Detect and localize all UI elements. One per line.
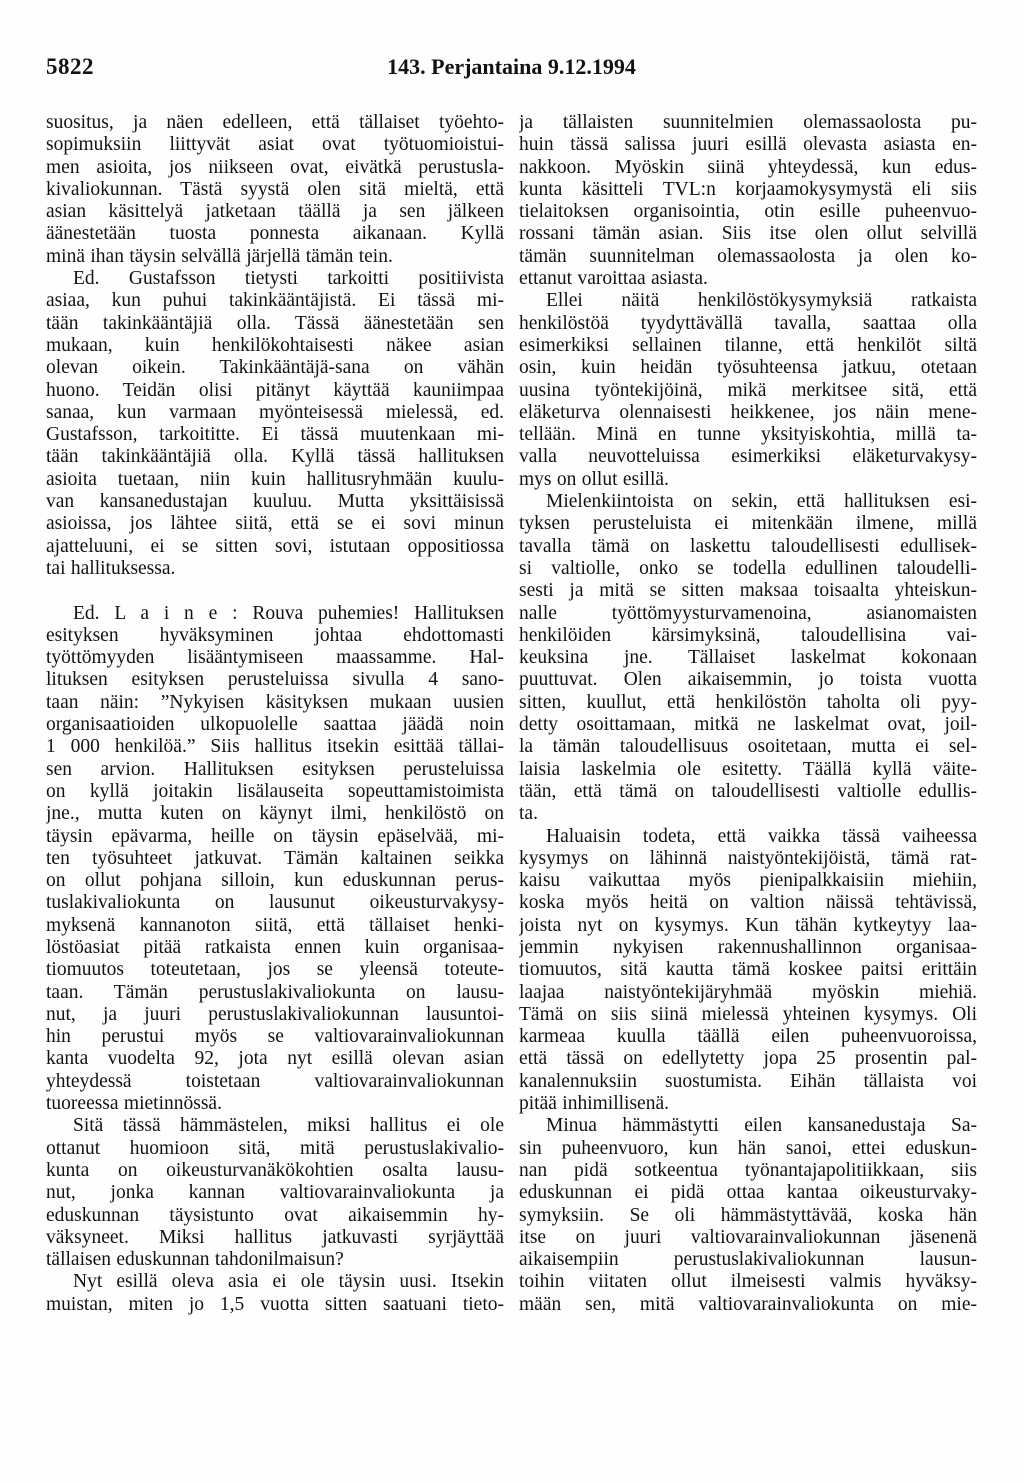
text-line: tavalla tämä on laskettu taloudellisesti… xyxy=(519,536,977,558)
text-line: toihin viitaten ollut ilmeisesti valmis … xyxy=(519,1271,977,1293)
text-line: henkilöstöä tyydyttävällä tavalla, saatt… xyxy=(519,313,977,335)
text-line: Ed. Gustafsson tietysti tarkoitti positi… xyxy=(46,268,504,290)
text-line: tällaisen eduskunnan tahdonilmaisun? xyxy=(46,1249,504,1271)
text-line: tuoreessa mietinnössä. xyxy=(46,1093,504,1115)
text-line: 1 000 henkilöä.” Siis hallitus itsekin e… xyxy=(46,736,504,758)
text-line: kanta vuodelta 92, jota nyt esillä oleva… xyxy=(46,1048,504,1070)
text-line: taan. Tämän perustuslakivaliokunta on la… xyxy=(46,982,504,1004)
text-line: tään takinkääntäjiä olla. Tässä äänestet… xyxy=(46,313,504,335)
text-line: Gustafsson, tarkoititte. Ei tässä muuten… xyxy=(46,424,504,446)
text-line: henkilöiden kärsimyksinä, taloudellisina… xyxy=(519,625,977,647)
text-line: Ellei näitä henkilöstökysymyksiä ratkais… xyxy=(519,290,977,312)
text-line: van kansanedustajan kuuluu. Mutta yksitt… xyxy=(46,491,504,513)
text-line: ten työsuhteet jatkuvat. Tämän kaltainen… xyxy=(46,848,504,870)
text-line: keuksina jne. Tällaiset laskelmat kokona… xyxy=(519,647,977,669)
text-line: Tämä on siis siinä mielessä yhteinen kys… xyxy=(519,1004,977,1026)
text-line: detty osoittamaan, mitkä ne laskelmat ov… xyxy=(519,714,977,736)
text-line: eduskunnan ei pidä ottaa kantaa oikeustu… xyxy=(519,1182,977,1204)
text-line: jemmin nykyisen rakennushallinnon organi… xyxy=(519,937,977,959)
paragraph: Haluaisin todeta, että vaikka tässä vaih… xyxy=(519,826,977,1116)
text-line: joista nyt on kysymys. Kun tähän kytkeyt… xyxy=(519,915,977,937)
text-line: olevan oikein. Takinkääntäjä-sana on väh… xyxy=(46,357,504,379)
text-line: asioita tuetaan, niin kuin hallitusryhmä… xyxy=(46,469,504,491)
text-line: ja tällaisten suunnitelmien olemassaolos… xyxy=(519,112,977,134)
text-line: kaisu vaikuttaa myös pienipalkkaisiin mi… xyxy=(519,870,977,892)
paragraph: Nyt esillä oleva asia ei ole täysin uusi… xyxy=(46,1271,504,1316)
text-line: minä ihan täysin selvällä järjellä tämän… xyxy=(46,246,504,268)
text-line: nan pidä sotkeentua työnantajapolitiikka… xyxy=(519,1160,977,1182)
text-line: laajaa naistyöntekijäryhmää myöskin mieh… xyxy=(519,982,977,1004)
text-line: men asioita, jos niikseen ovat, eivätkä … xyxy=(46,157,504,179)
paragraph: Minua hämmästytti eilen kansanedustaja S… xyxy=(519,1115,977,1316)
text-line: karmeaa kuulla täällä eilen puheenvuoroi… xyxy=(519,1026,977,1048)
text-line: suositus, ja näen edelleen, että tällais… xyxy=(46,112,504,134)
text-line: osin, kuin heidän työsuhteensa jatkuu, o… xyxy=(519,357,977,379)
text-line: tielaitoksen organisointia, otin esille … xyxy=(519,201,977,223)
text-line: ajatteluuni, ei se sitten sovi, istutaan… xyxy=(46,536,504,558)
text-line: tiomuutos, sitä kautta tämä koskee paits… xyxy=(519,959,977,981)
text-line: sin puheenvuoro, kun hän sanoi, ettei ed… xyxy=(519,1138,977,1160)
text-line: kysymys on lähinnä naistyöntekijöistä, t… xyxy=(519,848,977,870)
text-line: tyksen perusteluista ei mitenkään ilmene… xyxy=(519,513,977,535)
text-line: eduskunnan täysistunto ovat aikaisemmin … xyxy=(46,1205,504,1227)
text-line: sen arvion. Hallituksen esityksen perust… xyxy=(46,759,504,781)
text-line: nalle työttömyysturvamenoina, asianomais… xyxy=(519,603,977,625)
text-line: puuttuvat. Olen aikaisemmin, jo toista v… xyxy=(519,669,977,691)
text-line: nut, ja juuri perustuslakivaliokunnan la… xyxy=(46,1004,504,1026)
text-line: valla neuvotteluissa esimerkiksi eläketu… xyxy=(519,446,977,468)
paragraph: ja tällaisten suunnitelmien olemassaolos… xyxy=(519,112,977,290)
document-page: 5822 143. Perjantaina 9.12.1994 suositus… xyxy=(0,0,1024,1483)
text-line: itse on juuri valtiovarainvaliokunnan jä… xyxy=(519,1227,977,1249)
text-line: väksyneet. Miksi hallitus jatkuvasti syr… xyxy=(46,1227,504,1249)
text-line: kanalennuksiin suostumista. Eihän tällai… xyxy=(519,1071,977,1093)
text-line: muistan, miten jo 1,5 vuotta sitten saat… xyxy=(46,1294,504,1316)
text-line: sitten, kuullut, että henkilöstön taholt… xyxy=(519,692,977,714)
text-line: asiaa, kun puhui takinkääntäjistä. Ei tä… xyxy=(46,290,504,312)
paragraph: Ellei näitä henkilöstökysymyksiä ratkais… xyxy=(519,290,977,491)
text-line: yhteydessä toistetaan valtiovarainvaliok… xyxy=(46,1071,504,1093)
text-line: uusina työntekijöinä, mikä merkitsee sit… xyxy=(519,380,977,402)
text-line: ta. xyxy=(519,803,977,825)
text-line: organisaatioiden ulkopuolelle saattaa jä… xyxy=(46,714,504,736)
text-line: tään, että tämä on taloudellisesti valti… xyxy=(519,781,977,803)
text-line: eläketurva olennaisesti heikkenee, jos n… xyxy=(519,402,977,424)
text-line: Ed. L a i n e : Rouva puhemies! Hallituk… xyxy=(46,603,504,625)
text-line: kivaliokunnan. Tästä syystä olen sitä mi… xyxy=(46,179,504,201)
text-line: Mielenkiintoista on sekin, että hallituk… xyxy=(519,491,977,513)
text-line: nakkoon. Myöskin siinä yhteydessä, kun e… xyxy=(519,157,977,179)
text-columns: suositus, ja näen edelleen, että tällais… xyxy=(46,112,977,1316)
text-line: taan näin: ”Nykyisen käsityksen mukaan u… xyxy=(46,692,504,714)
text-line: äänestetään tuosta ponnesta aikanaan. Ky… xyxy=(46,223,504,245)
text-line: mään sen, mitä valtiovarainvaliokunta on… xyxy=(519,1294,977,1316)
text-line: asian käsittelyä jatketaan täällä ja sen… xyxy=(46,201,504,223)
text-line: rossani tämän asian. Siis itse olen ollu… xyxy=(519,223,977,245)
text-line: pitää inhimillisenä. xyxy=(519,1093,977,1115)
text-line: ettanut varoittaa asiasta. xyxy=(519,268,977,290)
page-number: 5822 xyxy=(46,54,94,80)
text-line: tellään. Minä en tunne yksityiskohtia, m… xyxy=(519,424,977,446)
text-line: esityksen hyväksyminen johtaa ehdottomas… xyxy=(46,625,504,647)
text-line: koska myös heitä on valtion näissä tehtä… xyxy=(519,892,977,914)
text-line: on ollut pohjana silloin, kun eduskunnan… xyxy=(46,870,504,892)
text-line: mukaan, kuin henkilökohtaisesti näkee as… xyxy=(46,335,504,357)
text-line: kunta on oikeusturvanäkökohtien osalta l… xyxy=(46,1160,504,1182)
text-line: täysin epävarma, heille on täysin epäsel… xyxy=(46,826,504,848)
text-line: Sitä tässä hämmästelen, miksi hallitus e… xyxy=(46,1115,504,1137)
column-left: suositus, ja näen edelleen, että tällais… xyxy=(46,112,504,1316)
text-line: tämän suunnitelman olemassaolosta ja ole… xyxy=(519,246,977,268)
text-line: lituksen esityksen perusteluissa sivulla… xyxy=(46,669,504,691)
text-line: sanaa, kun varmaan myönteisessä mielessä… xyxy=(46,402,504,424)
page-header: 5822 143. Perjantaina 9.12.1994 xyxy=(46,54,977,82)
text-line: on kyllä joitakin lisälauseita sopeuttam… xyxy=(46,781,504,803)
text-line: tuslakivaliokunta on lausunut oikeusturv… xyxy=(46,892,504,914)
column-right: ja tällaisten suunnitelmien olemassaolos… xyxy=(519,112,977,1316)
text-line: aikaisempiin perustuslakivaliokunnan lau… xyxy=(519,1249,977,1271)
text-line: myksenä kannanoton siitä, että tällaiset… xyxy=(46,915,504,937)
text-line: työttömyyden lisääntymiseen maassamme. H… xyxy=(46,647,504,669)
text-line: löstöasiat pitää ratkaista ennen kuin or… xyxy=(46,937,504,959)
session-title: 143. Perjantaina 9.12.1994 xyxy=(46,54,977,80)
text-line: mys on ollut esillä. xyxy=(519,469,977,491)
text-line: asioissa, jos lähtee siitä, että se ei s… xyxy=(46,513,504,535)
text-line: si valtiolle, onko se todella edullinen … xyxy=(519,558,977,580)
text-line: symyksiin. Se oli hämmästyttävää, koska … xyxy=(519,1205,977,1227)
text-line: tään takinkääntäjiä olla. Kyllä tässä ha… xyxy=(46,446,504,468)
text-line: jne., mutta kuten on käynyt ilmi, henkil… xyxy=(46,803,504,825)
text-line: nut, jonka kannan valtiovarainvaliokunta… xyxy=(46,1182,504,1204)
text-line: Haluaisin todeta, että vaikka tässä vaih… xyxy=(519,826,977,848)
text-line: tai hallituksessa. xyxy=(46,558,504,580)
text-line: Nyt esillä oleva asia ei ole täysin uusi… xyxy=(46,1271,504,1293)
text-line: esimerkiksi sellainen tilanne, että henk… xyxy=(519,335,977,357)
text-line: ottanut huomioon sitä, mitä perustuslaki… xyxy=(46,1138,504,1160)
text-line: huono. Teidän olisi pitänyt käyttää kaun… xyxy=(46,380,504,402)
text-line: Minua hämmästytti eilen kansanedustaja S… xyxy=(519,1115,977,1137)
paragraph: Mielenkiintoista on sekin, että hallituk… xyxy=(519,491,977,825)
paragraph: suositus, ja näen edelleen, että tällais… xyxy=(46,112,504,268)
text-line: la tämän taloudellisuus osoitetaan, mutt… xyxy=(519,736,977,758)
paragraph: Sitä tässä hämmästelen, miksi hallitus e… xyxy=(46,1115,504,1271)
text-line: että tässä on edellytetty jopa 25 prosen… xyxy=(519,1048,977,1070)
text-line: sesti ja mitä se sitten maksaa toisaalta… xyxy=(519,580,977,602)
text-line: kunta käsitteli TVL:n korjaamokysymystä … xyxy=(519,179,977,201)
text-line: sopimuksiin liittyvät asiat ovat työtuom… xyxy=(46,134,504,156)
text-line: tiomuutos toteutetaan, jos se yleensä to… xyxy=(46,959,504,981)
paragraph: Ed. Gustafsson tietysti tarkoitti positi… xyxy=(46,268,504,580)
paragraph: Ed. L a i n e : Rouva puhemies! Hallituk… xyxy=(46,603,504,1116)
text-line: laisia laskelmia ole esitetty. Täällä ky… xyxy=(519,759,977,781)
text-line: hin perustui myös se valtiovarainvalioku… xyxy=(46,1026,504,1048)
text-line: huin tässä salissa juuri esillä olevasta… xyxy=(519,134,977,156)
